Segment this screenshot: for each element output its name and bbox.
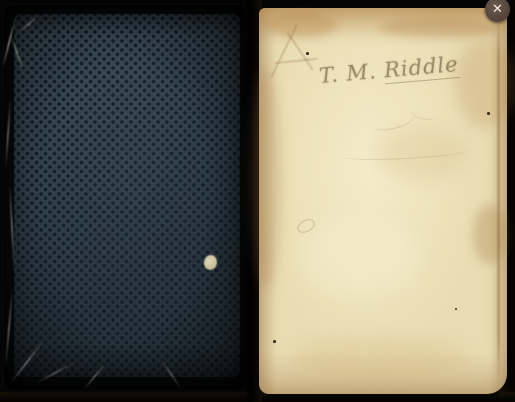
page-crease	[497, 12, 500, 383]
stain	[473, 204, 507, 264]
ink-speck	[455, 308, 457, 310]
ink-speck	[487, 112, 490, 115]
fold-mark	[270, 25, 297, 78]
faint-writing-mark	[295, 217, 316, 234]
fold-mark	[286, 32, 313, 71]
stain	[455, 38, 515, 128]
flyleaf-page: T. M. Riddle	[259, 8, 507, 394]
faint-writing-mark	[343, 145, 469, 163]
signature-initials: T. M.	[318, 59, 377, 88]
owner-signature: T. M. Riddle	[318, 52, 459, 88]
stain	[299, 218, 419, 298]
book-front-cover	[2, 3, 247, 392]
stain	[377, 128, 467, 178]
stain	[289, 338, 469, 378]
cover-vignette-shading	[4, 5, 246, 390]
faint-writing-mark	[408, 102, 437, 122]
ink-speck	[306, 52, 309, 55]
stain	[259, 8, 507, 38]
stain	[267, 12, 337, 38]
faint-writing-mark	[370, 107, 417, 134]
photo-viewer: T. M. Riddle ✕	[0, 0, 515, 402]
ink-speck	[273, 340, 276, 343]
stain	[379, 18, 499, 38]
signature-surname: Riddle	[383, 52, 460, 84]
fold-mark	[275, 58, 317, 64]
